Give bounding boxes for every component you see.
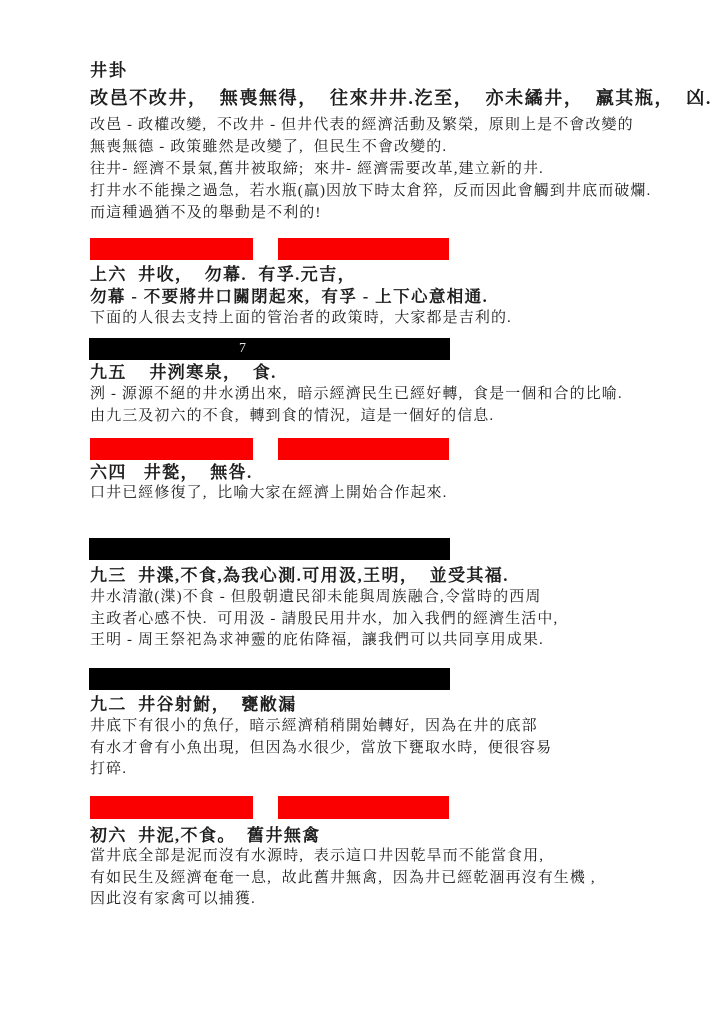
judgment-quote: 改邑不改井， 無喪無得， 往來井井.汔至， 亦未繘井， 羸其瓶， 凶. <box>90 86 718 110</box>
yang-solid-bar: 7 <box>89 338 450 360</box>
line-heading: 初六 井泥,不食。 舊井無禽 <box>90 825 717 846</box>
line-commentary: 洌 - 源源不絕的井水湧出來, 暗示經濟民生已經好轉, 食是一個和合的比喻. 由… <box>90 384 717 427</box>
commentary-line: 而這種過猶不及的舉動是不利的! <box>90 202 718 224</box>
commentary-line: 洌 - 源源不絕的井水湧出來, 暗示經濟民生已經好轉, 食是一個和合的比喻. <box>90 384 717 406</box>
yin-bar-gap <box>253 438 278 460</box>
yin-bar-right-segment <box>278 438 449 460</box>
commentary-line: 井水清澈(渫)不食 - 但殷朝遺民卻未能與周族融合,令當時的西周 <box>90 587 717 609</box>
commentary-line: 由九三及初六的不食, 轉到食的情況, 這是一個好的信息. <box>90 406 717 428</box>
line-heading: 上六 井收， 勿幕. 有孚.元吉， <box>90 264 717 286</box>
commentary-line: 有水才會有小魚出現, 但因為水很少, 當放下甕取水時, 便很容易 <box>90 738 717 760</box>
line-heading: 九二 井谷射鮒， 甕敝漏 <box>90 694 717 716</box>
commentary-line: 無喪無德 - 政策雖然是改變了, 但民生不會改變的. <box>90 136 718 158</box>
commentary-line: 打井水不能操之過急, 若水瓶(羸)因放下時太倉猝, 反而因此會觸到井底而破爛. <box>90 180 718 202</box>
yin-broken-bar <box>89 238 450 260</box>
yang-bar-fill <box>89 538 450 560</box>
commentary-line: 主政者心感不快. 可用汲 - 請殷民用井水, 加入我們的經濟生活中, <box>90 609 717 631</box>
yin-bar-segments <box>89 238 450 260</box>
yin-bar-right-segment <box>278 796 449 819</box>
commentary-line: 有如民生及經濟奄奄一息, 故此舊井無禽, 因為井已經乾涸再沒有生機 , <box>90 868 717 890</box>
commentary-line: 口井已經修復了, 比喻大家在經濟上開始合作起來. <box>90 483 717 505</box>
yin-bar-segments <box>89 796 450 819</box>
yang-solid-bar <box>89 538 450 560</box>
section-six-four: 六四 井甃， 無咎. 口井已經修復了, 比喻大家在經濟上開始合作起來. <box>89 438 717 505</box>
commentary-line: 王明 - 周王祭祀為求神靈的庇佑降福, 讓我們可以共同享用成果. <box>90 630 717 652</box>
yin-bar-segments <box>89 438 450 460</box>
section-top-six: 上六 井收， 勿幕. 有孚.元吉， 勿幕 - 不要將井口關閉起來, 有孚 - 上… <box>89 238 717 330</box>
line-subnote: 勿幕 - 不要將井口關閉起來, 有孚 - 上下心意相通. <box>90 286 717 308</box>
yin-bar-right-segment <box>278 238 449 260</box>
yin-bar-gap <box>253 796 278 819</box>
section-first-six: 初六 井泥,不食。 舊井無禽 當井底全部是泥而沒有水源時, 表示這口井因乾旱而不… <box>89 796 717 911</box>
yang-bar-fill <box>89 338 450 360</box>
hexagram-title: 井卦 <box>90 60 710 82</box>
line-heading: 六四 井甃， 無咎. <box>90 462 717 483</box>
document-page: 井卦 改邑不改井， 無喪無得， 往來井井.汔至， 亦未繘井， 羸其瓶， 凶. 改… <box>0 0 724 1024</box>
commentary-line: 因此沒有家禽可以捕獲. <box>90 889 717 911</box>
commentary-line: 打碎. <box>90 759 717 781</box>
commentary-line: 下面的人很去支持上面的管治者的政策時, 大家都是吉利的. <box>90 308 717 330</box>
section-nine-five: 7 九五 井洌寒泉， 食. 洌 - 源源不絕的井水湧出來, 暗示經濟民生已經好轉… <box>89 338 717 427</box>
line-commentary: 口井已經修復了, 比喻大家在經濟上開始合作起來. <box>90 483 717 505</box>
line-heading: 九五 井洌寒泉， 食. <box>90 362 717 384</box>
commentary-line: 當井底全部是泥而沒有水源時, 表示這口井因乾旱而不能當食用, <box>90 846 717 868</box>
yin-bar-left-segment <box>90 796 253 819</box>
judgment-commentary: 改邑 - 政權改變, 不改井 - 但井代表的經濟活動及繁榮, 原則上是不會改變的… <box>90 114 718 224</box>
commentary-line: 往井- 經濟不景氣,舊井被取締; 來井- 經濟需要改革,建立新的井. <box>90 158 718 180</box>
yin-broken-bar <box>89 796 450 819</box>
section-nine-two: 九二 井谷射鮒， 甕敝漏 井底下有很小的魚仔, 暗示經濟稍稍開始轉好, 因為在井… <box>89 668 717 781</box>
yang-bar-fill <box>89 668 450 690</box>
yin-bar-left-segment <box>90 438 253 460</box>
commentary-line: 井底下有很小的魚仔, 暗示經濟稍稍開始轉好, 因為在井的底部 <box>90 716 717 738</box>
section-nine-three: 九三 井渫,不食,為我心測.可用汲,王明， 並受其福. 井水清澈(渫)不食 - … <box>89 538 717 652</box>
yin-bar-left-segment <box>90 238 253 260</box>
yin-broken-bar <box>89 438 450 460</box>
yin-bar-gap <box>253 238 278 260</box>
commentary-line: 改邑 - 政權改變, 不改井 - 但井代表的經濟活動及繁榮, 原則上是不會改變的 <box>90 114 718 136</box>
line-commentary: 下面的人很去支持上面的管治者的政策時, 大家都是吉利的. <box>90 308 717 330</box>
line-commentary: 井水清澈(渫)不食 - 但殷朝遺民卻未能與周族融合,令當時的西周 主政者心感不快… <box>90 587 717 652</box>
line-commentary: 井底下有很小的魚仔, 暗示經濟稍稍開始轉好, 因為在井的底部 有水才會有小魚出現… <box>90 716 717 781</box>
line-heading: 九三 井渫,不食,為我心測.可用汲,王明， 並受其福. <box>90 565 717 587</box>
page-number-overlay: 7 <box>239 341 246 357</box>
line-commentary: 當井底全部是泥而沒有水源時, 表示這口井因乾旱而不能當食用, 有如民生及經濟奄奄… <box>90 846 717 911</box>
yang-solid-bar <box>89 668 450 690</box>
